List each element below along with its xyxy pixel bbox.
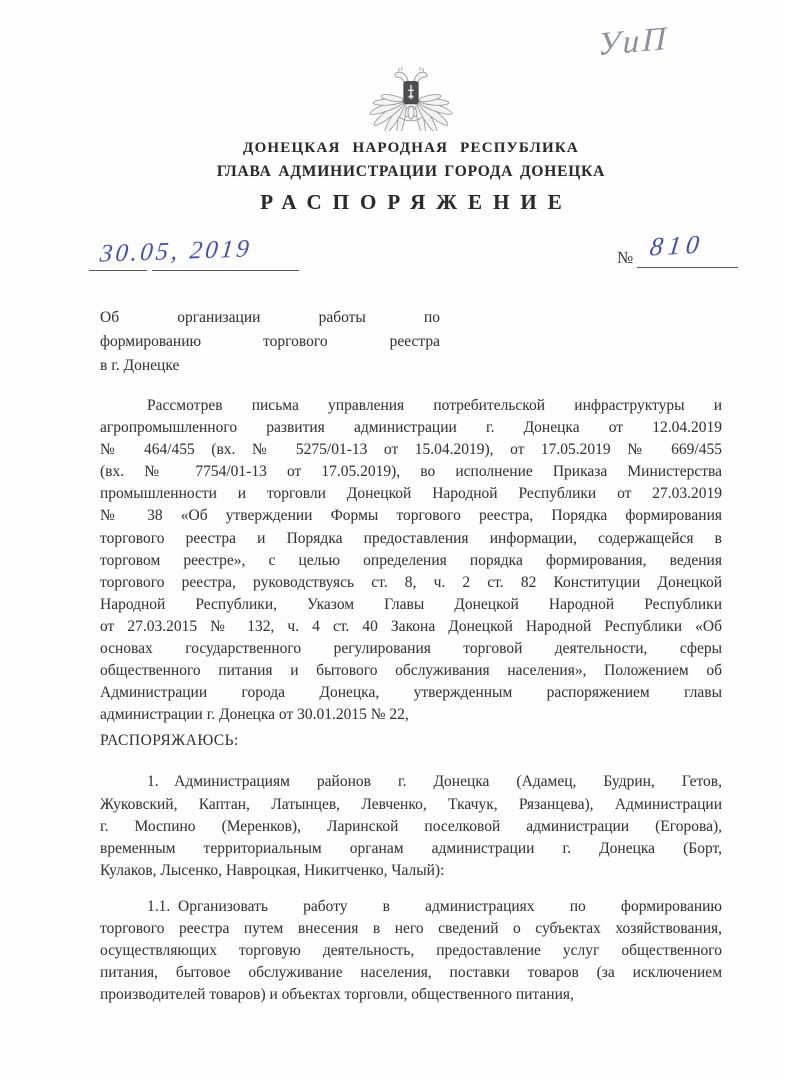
- text-line: Жуковский, Каптан, Латынцев, Левченко, Т…: [100, 794, 722, 816]
- republic-name: ДОНЕЦКАЯ НАРОДНАЯ РЕСПУБЛИКА: [100, 140, 722, 157]
- text-line: основах государственного регулирования т…: [100, 638, 722, 660]
- order-item-1: 1. Администрациям районов г. Донецка (Ад…: [100, 771, 722, 881]
- text-line: Об организации работы по: [100, 306, 440, 330]
- document-page: УиП: [0, 0, 785, 1080]
- text-line: Администрации города Донецка, утвержденн…: [100, 682, 722, 704]
- resolution-word: РАСПОРЯЖАЮСЬ:: [100, 730, 722, 752]
- text-line: Народной Республики, Указом Главы Донецк…: [100, 594, 722, 616]
- text-line: в г. Донецке: [100, 354, 440, 378]
- text-line: № 38 «Об утверждении Формы торгового рее…: [100, 505, 722, 527]
- preamble-paragraph: Рассмотрев письма управления потребитель…: [100, 395, 722, 726]
- date-underline: [89, 248, 147, 271]
- text-line: администрации г. Донецка от 30.01.2015 №…: [100, 704, 722, 726]
- text-line: промышленности и торговли Донецкой Народ…: [100, 483, 722, 505]
- date-underline: [152, 248, 299, 271]
- text-line: формированию торгового реестра: [100, 330, 440, 354]
- text-line: временным территориальным органам админи…: [100, 838, 722, 860]
- dpr-double-headed-eagle-emblem-icon: [359, 64, 463, 131]
- text-line: производителей товаров) и объектах торго…: [100, 984, 722, 1006]
- text-line: г. Моспино (Меренков), Ларинской поселко…: [100, 816, 722, 838]
- issuing-authority: ГЛАВА АДМИНИСТРАЦИИ ГОРОДА ДОНЕЦКА: [100, 163, 722, 181]
- text-line: Кулаков, Лысенко, Навроцкая, Никитченко,…: [100, 860, 722, 882]
- text-line: торговом реестре», с целью определения п…: [100, 550, 722, 572]
- document-type-title: РАСПОРЯЖЕНИЕ: [100, 190, 733, 215]
- text-line: агропромышленного развития администрации…: [100, 417, 722, 439]
- handwritten-pencil-mark: УиП: [598, 21, 669, 64]
- text-line: 1.1. Организовать работу в администрация…: [100, 896, 722, 918]
- document-header: ДОНЕЦКАЯ НАРОДНАЯ РЕСПУБЛИКА ГЛАВА АДМИН…: [100, 64, 722, 215]
- text-line: осуществляющих торговую деятельность, пр…: [100, 940, 722, 962]
- text-line: питания, бытовое обслуживание населения,…: [100, 962, 722, 984]
- subject-block: Об организации работы поформированию тор…: [100, 306, 440, 378]
- text-line: общественного питания и бытового обслужи…: [100, 660, 722, 682]
- text-line: (вх. № 7754/01-13 от 17.05.2019), во исп…: [100, 461, 722, 483]
- document-body: Об организации работы поформированию тор…: [100, 306, 722, 1006]
- text-line: 1. Администрациям районов г. Донецка (Ад…: [100, 771, 722, 793]
- order-item-1-1: 1.1. Организовать работу в администрация…: [100, 896, 722, 1006]
- text-line: торгового реестра и Порядка предоставлен…: [100, 528, 722, 550]
- text-line: от 27.03.2015 № 132, ч. 4 ст. 40 Закона …: [100, 616, 722, 638]
- text-line: торгового реестра, руководствуясь ст. 8,…: [100, 572, 722, 594]
- number-underline: [637, 245, 738, 268]
- text-line: торгового реестра путем внесения в него …: [100, 918, 722, 940]
- text-line: Рассмотрев письма управления потребитель…: [100, 395, 722, 417]
- number-sign-label: №: [617, 248, 633, 268]
- text-line: № 464/455 (вх. № 5275/01-13 от 15.04.201…: [100, 439, 722, 461]
